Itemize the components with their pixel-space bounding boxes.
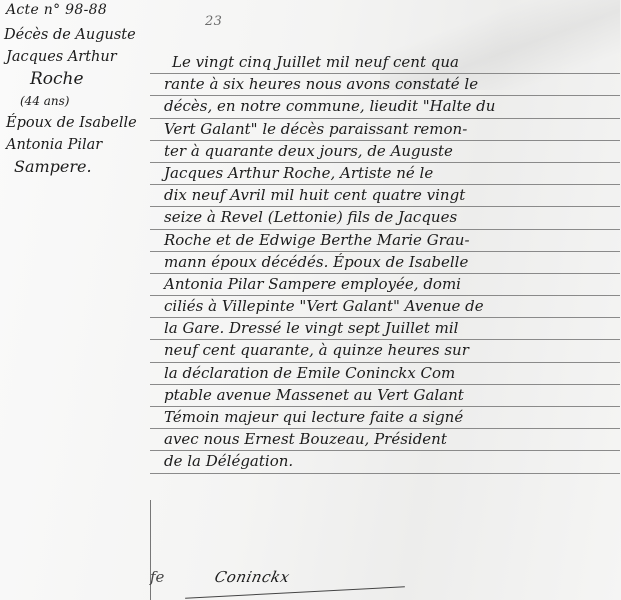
body-line: avec nous Ernest Bouzeau, Président (150, 429, 620, 451)
body-line: ciliés à Villepinte "Vert Galant" Avenue… (150, 296, 620, 318)
body-line: Le vingt cinq Juillet mil neuf cent qua (150, 52, 620, 74)
body-line: Antonia Pilar Sampere employée, domi (150, 274, 620, 296)
body-line: ptable avenue Massenet au Vert Galant (150, 385, 620, 407)
signature-flourish (185, 586, 405, 599)
body-line: mann époux décédés. Époux de Isabelle (150, 252, 620, 274)
margin-note-line: (44 ans) (2, 90, 152, 112)
act-number: Acte n° 98-88 (6, 2, 107, 18)
body-line: rante à six heures nous avons constaté l… (150, 74, 620, 96)
body-line: Roche et de Edwige Berthe Marie Grau- (150, 230, 620, 252)
margin-note: Décès de Auguste Jacques Arthur Roche (4… (2, 24, 152, 178)
body-line: la déclaration de Emile Coninckx Com (150, 363, 620, 385)
body-line: dix neuf Avril mil huit cent quatre ving… (150, 185, 620, 207)
body-line: ter à quarante deux jours, de Auguste (150, 141, 620, 163)
page-number: 23 (205, 14, 222, 29)
body-line: la Gare. Dressé le vingt sept Juillet mi… (150, 318, 620, 340)
signature-block: fe Coninckx (150, 568, 289, 586)
body-line: Témoin majeur qui lecture faite a signé (150, 407, 620, 429)
record-body: Le vingt cinq Juillet mil neuf cent qua … (150, 52, 620, 474)
margin-note-line: Époux de Isabelle (2, 112, 152, 134)
body-line: seize à Revel (Lettonie) fils de Jacques (150, 207, 620, 229)
body-line: Jacques Arthur Roche, Artiste né le (150, 163, 620, 185)
margin-note-line: Roche (2, 68, 152, 90)
signature-name: Coninckx (213, 568, 291, 586)
margin-note-line: Jacques Arthur (2, 46, 152, 68)
margin-note-line: Décès de Auguste (2, 24, 152, 46)
body-line: de la Délégation. (150, 451, 620, 473)
body-line: Vert Galant" le décès paraissant remon- (150, 119, 620, 141)
margin-note-line: Antonia Pilar (2, 134, 152, 156)
margin-note-line: Sampere. (2, 156, 152, 178)
signature-mark: fe (150, 568, 210, 586)
body-line: neuf cent quarante, à quinze heures sur (150, 340, 620, 362)
document-page: Acte n° 98-88 23 Décès de Auguste Jacque… (0, 0, 621, 600)
body-line: décès, en notre commune, lieudit "Halte … (150, 96, 620, 118)
